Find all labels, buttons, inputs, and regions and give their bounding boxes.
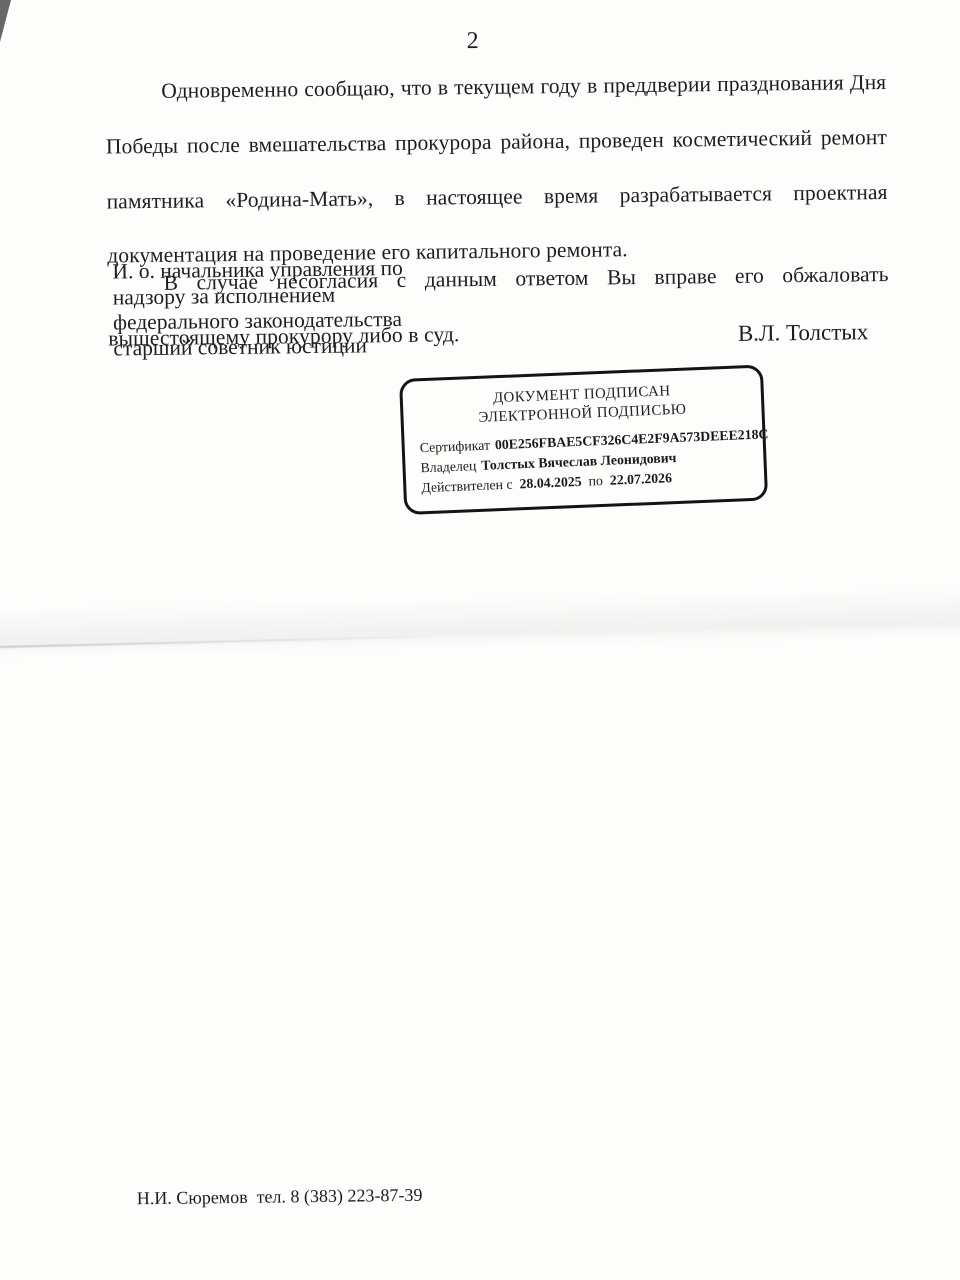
validity-to-label: по	[588, 473, 603, 489]
body-line: Одновременно сообщаю, что в текущем году…	[105, 69, 887, 133]
stamp-details: Сертификат00E256FBAE5CF326C4E2F9A573DEEE…	[404, 425, 764, 499]
stamp-title: ДОКУМЕНТ ПОДПИСАН ЭЛЕКТРОННОЙ ПОДПИСЬЮ	[403, 379, 762, 431]
electronic-signature-stamp: ДОКУМЕНТ ПОДПИСАН ЭЛЕКТРОННОЙ ПОДПИСЬЮ С…	[399, 364, 768, 514]
signature-position-line: надзору за исполнением	[113, 282, 404, 311]
signature-position: И. о. начальника управления по надзору з…	[112, 256, 403, 336]
signature-position-line: И. о. начальника управления по	[112, 256, 403, 285]
document-content: 2 Одновременно сообщаю, что в текущем го…	[0, 0, 960, 1280]
validity-from: 28.04.2025	[519, 474, 582, 491]
signature-position-line: федерального законодательства	[113, 307, 404, 336]
signature-name: В.Л. Толстых	[738, 319, 869, 347]
executor-contact: Н.И. Сюремов тел. 8 (383) 223-87-39	[137, 1185, 423, 1209]
signature-rank: старший советник юстиции	[113, 333, 367, 361]
owner-label: Владелец	[420, 458, 476, 475]
scanned-document-page: 2 Одновременно сообщаю, что в текущем го…	[0, 0, 960, 1280]
validity-to: 22.07.2026	[610, 470, 673, 487]
page-number: 2	[0, 22, 953, 61]
body-line: Победы после вмешательства прокурора рай…	[106, 124, 888, 188]
validity-label: Действителен с	[421, 476, 513, 495]
certificate-label: Сертификат	[419, 438, 490, 456]
body-line: памятника «Родина-Мать», в настоящее вре…	[106, 179, 888, 243]
